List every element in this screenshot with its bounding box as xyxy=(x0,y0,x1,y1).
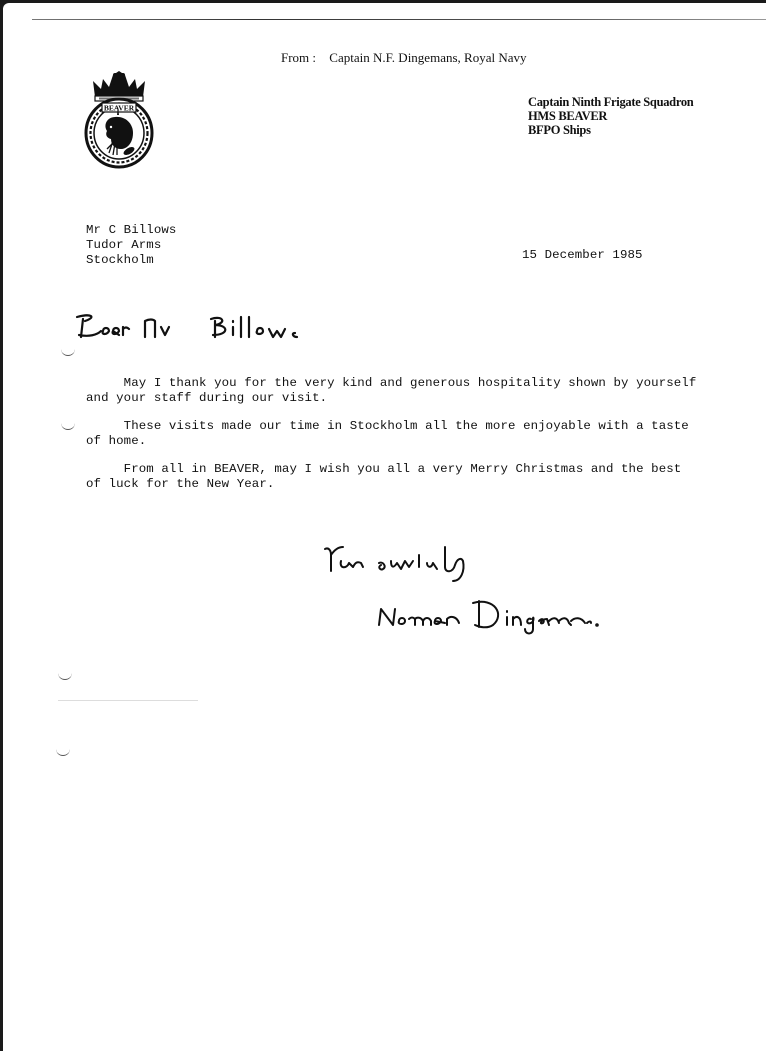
recipient-line: Mr C Billows xyxy=(86,223,176,238)
punch-hole-mark xyxy=(61,419,75,430)
body-paragraph: From all in BEAVER, may I wish you all a… xyxy=(86,462,706,492)
recipient-line: Tudor Arms xyxy=(86,238,176,253)
fold-line xyxy=(58,700,198,701)
unit-address-block: Captain Ninth Frigate Squadron HMS BEAVE… xyxy=(528,95,693,137)
letter-date: 15 December 1985 xyxy=(522,248,643,262)
from-label: From : xyxy=(281,50,316,65)
punch-hole-mark xyxy=(61,345,75,356)
unit-line: BFPO Ships xyxy=(528,123,693,137)
handwritten-salutation: Dear Mr Billows xyxy=(73,309,323,349)
letter-body: May I thank you for the very kind and ge… xyxy=(86,376,706,505)
top-rule xyxy=(32,19,766,20)
punch-hole-mark xyxy=(56,745,70,756)
unit-line: Captain Ninth Frigate Squadron xyxy=(528,95,693,109)
letter-page: From : Captain N.F. Dingemans, Royal Nav… xyxy=(3,3,766,1051)
body-paragraph: These visits made our time in Stockholm … xyxy=(86,419,706,449)
handwritten-closing: Yours sincerely xyxy=(321,541,481,583)
handwritten-signature: Norman Dingemans. xyxy=(375,595,605,635)
unit-line: HMS BEAVER xyxy=(528,109,693,123)
ship-crest-beaver-icon: BEAVER xyxy=(81,69,157,171)
body-paragraph: May I thank you for the very kind and ge… xyxy=(86,376,706,406)
recipient-line: Stockholm xyxy=(86,253,176,268)
from-name: Captain N.F. Dingemans, Royal Navy xyxy=(329,50,526,65)
punch-hole-mark xyxy=(58,669,72,680)
svg-text:BEAVER: BEAVER xyxy=(104,104,135,113)
recipient-address: Mr C Billows Tudor Arms Stockholm xyxy=(86,223,176,268)
from-line: From : Captain N.F. Dingemans, Royal Nav… xyxy=(281,50,526,66)
